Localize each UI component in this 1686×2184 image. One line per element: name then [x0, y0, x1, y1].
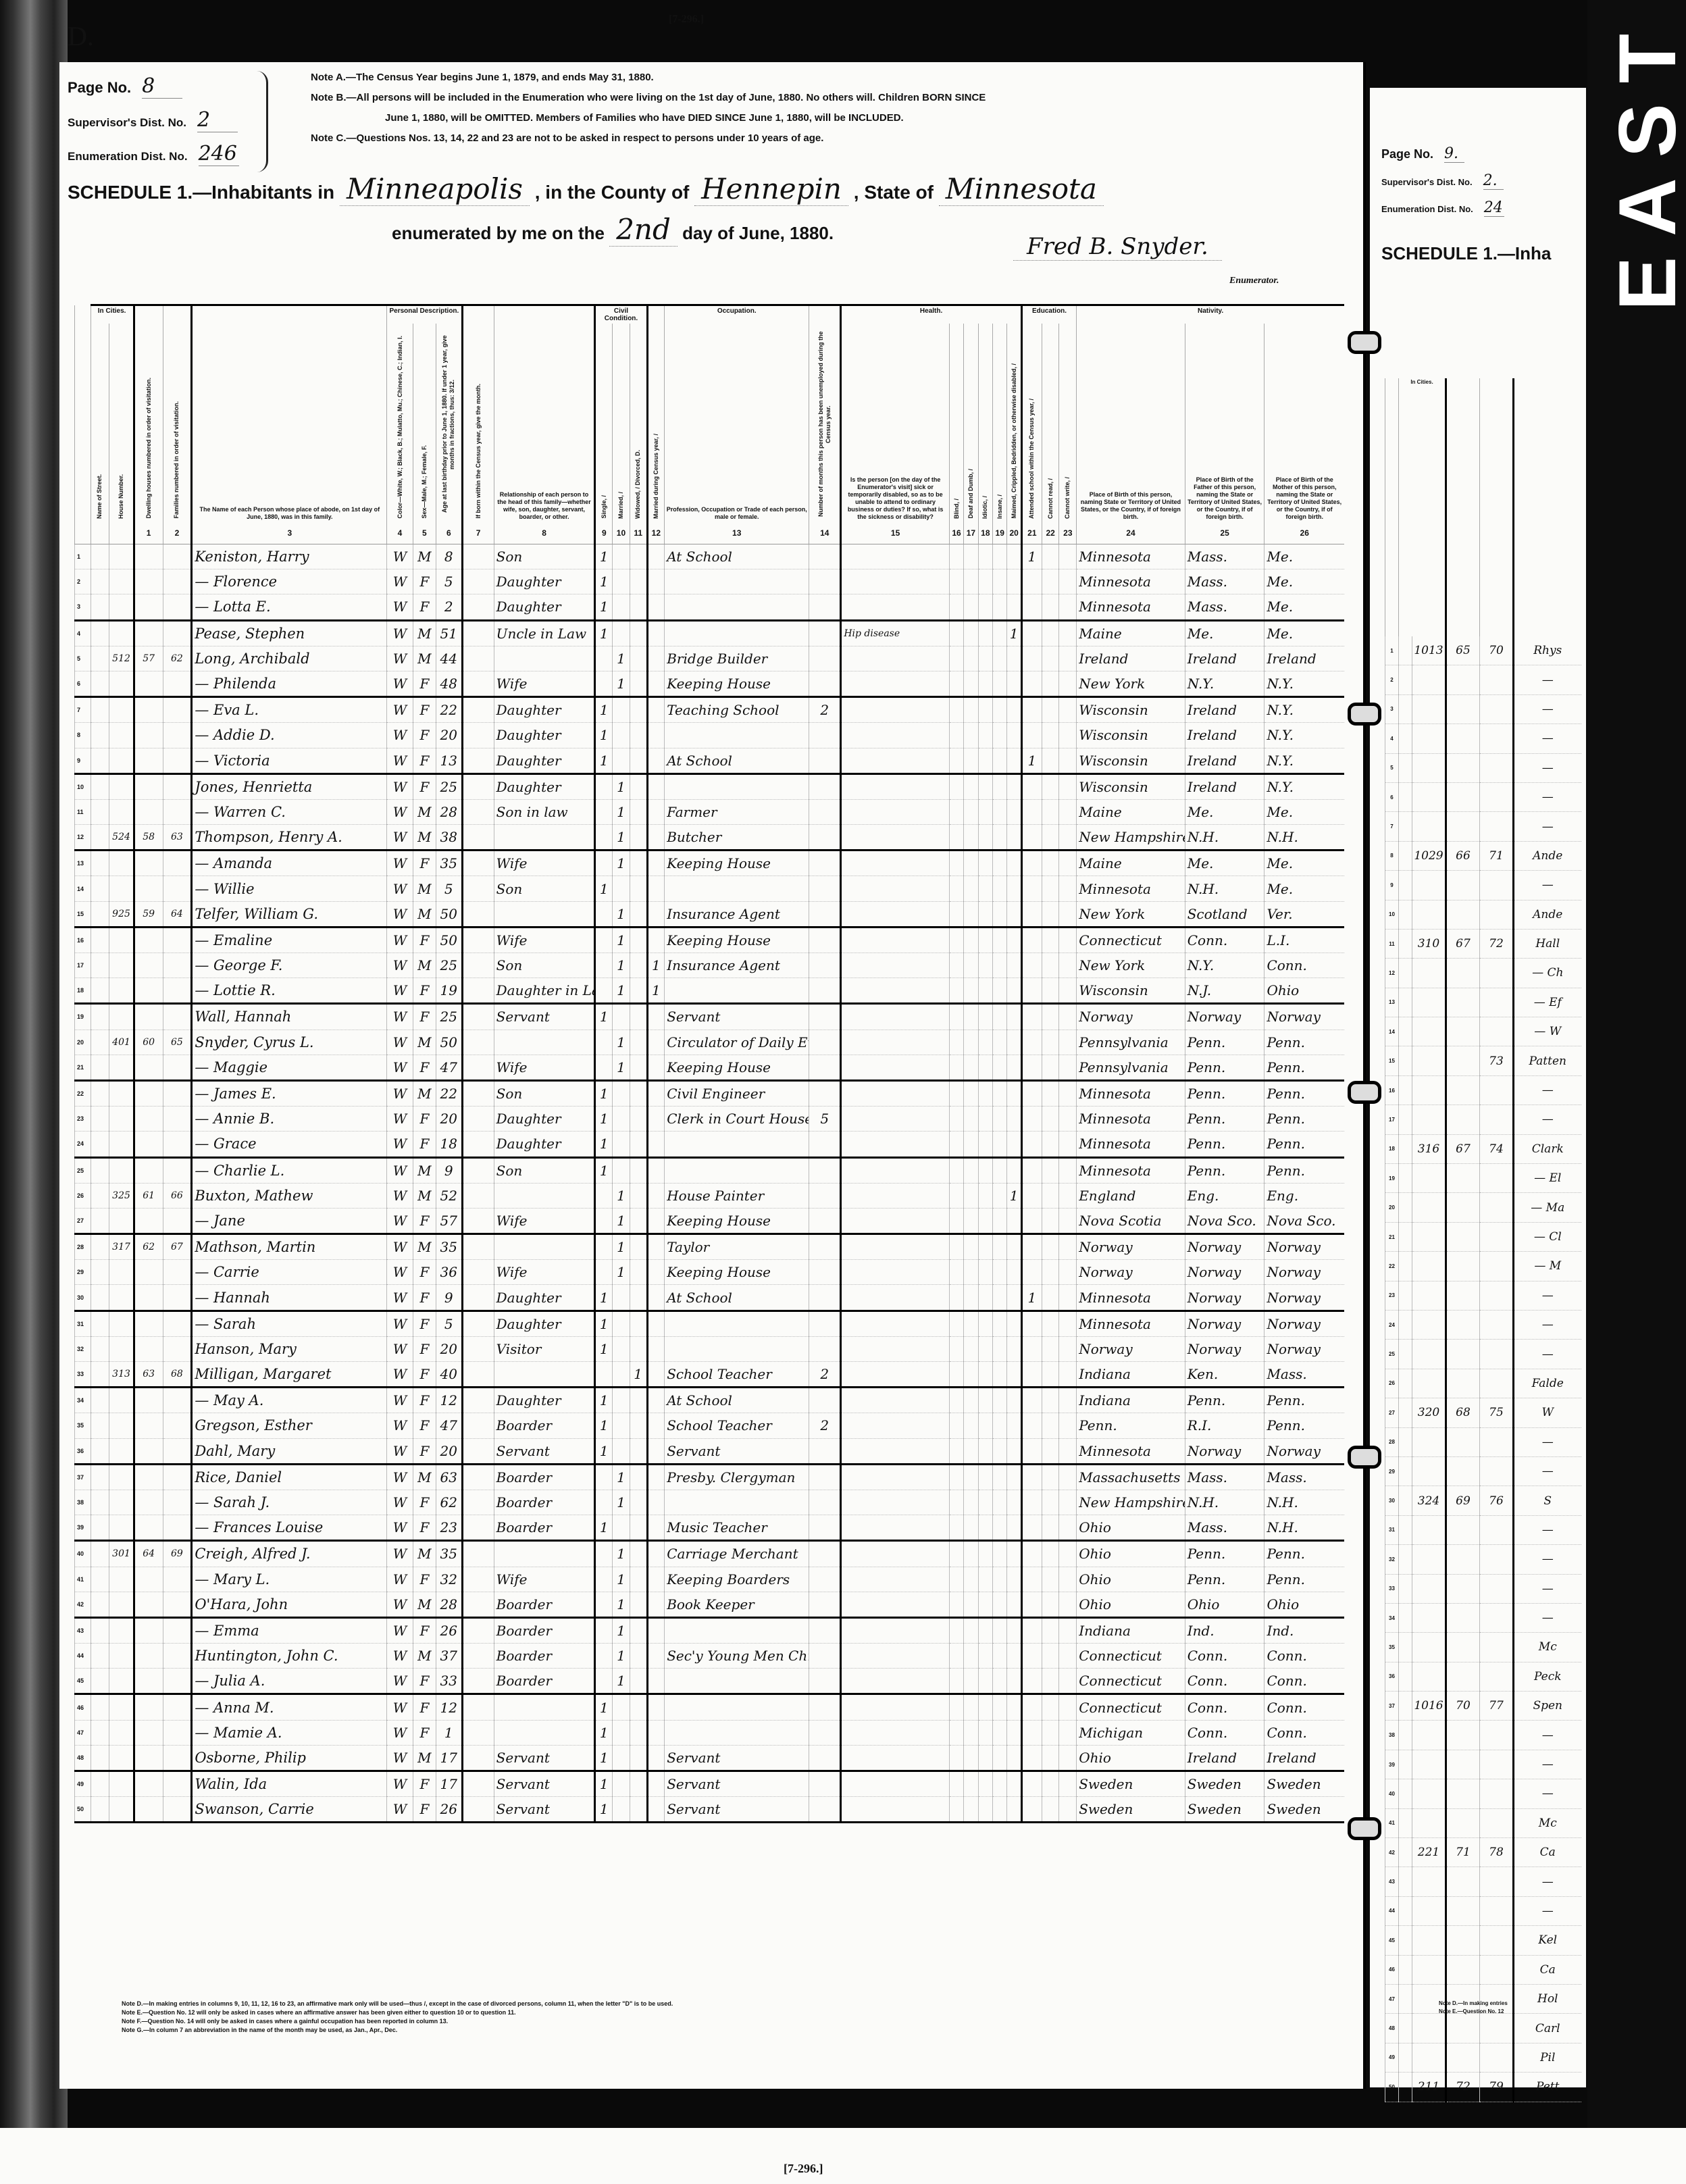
- cell-widowed: [630, 748, 647, 773]
- col-18-header: Idiotic, /: [981, 496, 989, 519]
- right-cell-line: 7: [1385, 812, 1399, 841]
- cell-cannot-write: [1059, 1745, 1077, 1771]
- table-row: 29— CarrieWF36Wife1Keeping HouseNorwayNo…: [75, 1260, 1345, 1285]
- right-cell-name: —: [1514, 1105, 1581, 1134]
- cell-house: 313: [109, 1362, 134, 1388]
- cell-married-year: [647, 1745, 665, 1771]
- cell-cannot-read: [1042, 978, 1059, 1004]
- cell-house: [109, 697, 134, 723]
- cell-relation: Servant: [494, 1771, 595, 1797]
- cell-mother-birthplace: Me.: [1264, 544, 1344, 569]
- cell-idiotic: [978, 1669, 992, 1694]
- cell-dwelling: 61: [134, 1183, 163, 1208]
- cell-idiotic: [978, 671, 992, 696]
- cell-insane: [993, 1183, 1007, 1208]
- cell-relation: Boarder: [494, 1515, 595, 1541]
- cell-married: [613, 876, 630, 901]
- cell-widowed: [630, 569, 647, 594]
- cell-father-birthplace: Norway: [1185, 1438, 1264, 1464]
- cell-occupation: Sec'y Young Men Christ'n Ass'n: [665, 1644, 809, 1669]
- cell-married: 1: [613, 1490, 630, 1515]
- cell-dwelling: [134, 1080, 163, 1106]
- table-row: 46— Anna M.WF121ConnecticutConn.Conn.: [75, 1694, 1345, 1720]
- cell-sickness: [841, 1720, 950, 1745]
- cell-street: [91, 1208, 109, 1234]
- cell-sickness: [841, 646, 950, 671]
- cell-unemployed: [809, 1720, 841, 1745]
- cell-sickness: [841, 1515, 950, 1541]
- cell-single: [595, 799, 613, 824]
- cell-line: 25: [75, 1157, 91, 1183]
- cell-color: W: [387, 723, 413, 748]
- cell-unemployed: [809, 850, 841, 876]
- right-cell-line: 49: [1385, 2043, 1399, 2072]
- right-cell-family: 77: [1480, 1692, 1514, 1721]
- cell-married: [613, 697, 630, 723]
- cell-married: [613, 1745, 630, 1771]
- cell-cannot-read: [1042, 1720, 1059, 1745]
- cell-unemployed: [809, 1438, 841, 1464]
- right-cell-family: [1480, 1867, 1514, 1896]
- right-cell-name: —: [1514, 1281, 1581, 1310]
- cell-name: Dahl, Mary: [192, 1438, 387, 1464]
- cell-mother-birthplace: Penn.: [1264, 1541, 1344, 1567]
- right-cell-house: [1412, 1164, 1446, 1193]
- right-table-row: 19— El: [1385, 1164, 1581, 1193]
- right-cell-family: [1480, 1926, 1514, 1955]
- cell-relation: Daughter: [494, 569, 595, 594]
- cell-sickness: [841, 1464, 950, 1490]
- cell-birthplace: Minnesota: [1077, 594, 1185, 620]
- right-cell-dwelling: [1446, 753, 1480, 782]
- cell-relation: Son in law: [494, 799, 595, 824]
- right-table-row: 1573Patten: [1385, 1046, 1581, 1075]
- cell-month: [462, 1285, 494, 1311]
- cell-age: 23: [436, 1515, 463, 1541]
- cell-school: [1021, 1004, 1042, 1030]
- cell-birthplace: Minnesota: [1077, 1438, 1185, 1464]
- cell-single: [595, 1617, 613, 1643]
- right-page-meta: Page No.9. Supervisor's Dist. No.2. Enum…: [1381, 145, 1504, 226]
- cell-family: [163, 1669, 192, 1694]
- cell-school: [1021, 1157, 1042, 1183]
- cell-age: 19: [436, 978, 463, 1004]
- right-cell-street: [1399, 1486, 1412, 1515]
- cell-occupation: [665, 1336, 809, 1361]
- cell-maimed: [1007, 1285, 1021, 1311]
- right-cell-house: [1412, 1222, 1446, 1251]
- cell-maimed: [1007, 1234, 1021, 1260]
- cell-unemployed: [809, 1004, 841, 1030]
- cell-widowed: [630, 1490, 647, 1515]
- cell-unemployed: [809, 1132, 841, 1157]
- table-row: 403016469Creigh, Alfred J.WM351Carriage …: [75, 1541, 1345, 1567]
- cell-color: W: [387, 1285, 413, 1311]
- cell-cannot-write: [1059, 1592, 1077, 1617]
- right-cell-house: [1412, 2043, 1446, 2072]
- right-cell-dwelling: [1446, 1105, 1480, 1134]
- enumeration-date: enumerated by me on the 2nd day of June,…: [392, 213, 834, 246]
- cell-unemployed: [809, 620, 841, 646]
- cell-father-birthplace: N.H.: [1185, 1490, 1264, 1515]
- cell-maimed: [1007, 1438, 1021, 1464]
- cell-school: [1021, 1055, 1042, 1080]
- cell-deaf: [964, 1541, 978, 1567]
- cell-birthplace: Norway: [1077, 1336, 1185, 1361]
- right-cell-line: 27: [1385, 1398, 1399, 1427]
- cell-name: Osborne, Philip: [192, 1745, 387, 1771]
- cell-deaf: [964, 953, 978, 978]
- cell-relation: Daughter: [494, 1311, 595, 1336]
- cell-sickness: [841, 569, 950, 594]
- cell-relation: Wife: [494, 1208, 595, 1234]
- right-cell-family: [1480, 2043, 1514, 2072]
- cell-father-birthplace: Conn.: [1185, 927, 1264, 953]
- right-cell-house: 1029: [1412, 841, 1446, 870]
- cell-married-year: [647, 773, 665, 799]
- right-cell-dwelling: [1446, 900, 1480, 929]
- cell-widowed: [630, 1771, 647, 1797]
- cell-name: — Charlie L.: [192, 1157, 387, 1183]
- cell-insane: [993, 697, 1007, 723]
- right-cell-family: [1480, 1603, 1514, 1632]
- cell-line: 41: [75, 1567, 91, 1592]
- cell-school: [1021, 723, 1042, 748]
- table-row: 18— Lottie R.WF19Daughter in Law11Wiscon…: [75, 978, 1345, 1004]
- right-table-row: 9—: [1385, 871, 1581, 900]
- cell-married: 1: [613, 901, 630, 927]
- cell-deaf: [964, 1464, 978, 1490]
- right-table-row: 12— Ch: [1385, 959, 1581, 988]
- cell-blind: [949, 1080, 963, 1106]
- right-cell-line: 15: [1385, 1046, 1399, 1075]
- cell-married: 1: [613, 953, 630, 978]
- cell-name: — Lotta E.: [192, 594, 387, 620]
- table-row: 21— MaggieWF47Wife1Keeping HousePennsylv…: [75, 1055, 1345, 1080]
- table-row: 204016065Snyder, Cyrus L.WM501Circulator…: [75, 1030, 1345, 1055]
- cell-street: [91, 773, 109, 799]
- cell-age: 33: [436, 1669, 463, 1694]
- cell-father-birthplace: Ind.: [1185, 1617, 1264, 1643]
- cell-month: [462, 953, 494, 978]
- right-cell-family: [1480, 1075, 1514, 1104]
- right-cell-line: 18: [1385, 1134, 1399, 1163]
- cell-insane: [993, 1336, 1007, 1361]
- cell-occupation: Butcher: [665, 825, 809, 850]
- cell-dwelling: [134, 1694, 163, 1720]
- cell-family: [163, 1107, 192, 1132]
- cell-unemployed: [809, 1336, 841, 1361]
- right-cell-line: 25: [1385, 1340, 1399, 1369]
- header-group-row: In Cities. Personal Description. Civil C…: [75, 305, 1345, 324]
- cell-idiotic: [978, 825, 992, 850]
- cell-father-birthplace: Ireland: [1185, 748, 1264, 773]
- cell-insane: [993, 1388, 1007, 1413]
- cell-married-year: [647, 1055, 665, 1080]
- cell-occupation: Carriage Merchant: [665, 1541, 809, 1567]
- cell-month: [462, 876, 494, 901]
- right-cell-line: 22: [1385, 1252, 1399, 1281]
- cell-cannot-write: [1059, 1464, 1077, 1490]
- cell-father-birthplace: Penn.: [1185, 1055, 1264, 1080]
- cell-married: [613, 1413, 630, 1438]
- cell-dwelling: [134, 1490, 163, 1515]
- cell-sex: F: [413, 978, 436, 1004]
- cell-occupation: School Teacher: [665, 1413, 809, 1438]
- cell-married-year: [647, 1797, 665, 1823]
- enumerator-signature: Fred B. Snyder.: [1013, 233, 1222, 261]
- cell-name: — Lottie R.: [192, 978, 387, 1004]
- cell-mother-birthplace: Me.: [1264, 850, 1344, 876]
- right-cell-family: 73: [1480, 1046, 1514, 1075]
- cell-maimed: [1007, 1644, 1021, 1669]
- cell-line: 44: [75, 1644, 91, 1669]
- cell-single: 1: [595, 1388, 613, 1413]
- cell-maimed: [1007, 1797, 1021, 1823]
- cell-maimed: [1007, 671, 1021, 696]
- cell-mother-birthplace: Sweden: [1264, 1771, 1344, 1797]
- cell-deaf: [964, 569, 978, 594]
- cell-school: [1021, 569, 1042, 594]
- cell-mother-birthplace: Norway: [1264, 1004, 1344, 1030]
- cell-sex: F: [413, 594, 436, 620]
- cell-father-birthplace: Penn.: [1185, 1157, 1264, 1183]
- col-house-header: House Number.: [118, 474, 125, 519]
- cell-house: [109, 978, 134, 1004]
- cell-color: W: [387, 748, 413, 773]
- cell-name: Buxton, Mathew: [192, 1183, 387, 1208]
- cell-cannot-write: [1059, 1644, 1077, 1669]
- cell-dwelling: 57: [134, 646, 163, 671]
- cell-cannot-read: [1042, 850, 1059, 876]
- cell-deaf: [964, 748, 978, 773]
- right-cell-family: [1480, 1456, 1514, 1485]
- cell-house: [109, 799, 134, 824]
- cell-father-birthplace: Penn.: [1185, 1030, 1264, 1055]
- cell-month: [462, 1413, 494, 1438]
- cell-line: 36: [75, 1438, 91, 1464]
- cell-sickness: [841, 1413, 950, 1438]
- cell-color: W: [387, 1234, 413, 1260]
- cell-name: — Grace: [192, 1132, 387, 1157]
- cell-idiotic: [978, 1132, 992, 1157]
- right-table-row: 45Kel: [1385, 1926, 1581, 1955]
- cell-street: [91, 1720, 109, 1745]
- col-num: 9: [595, 522, 613, 544]
- cell-married: 1: [613, 671, 630, 696]
- right-cell-house: [1412, 1808, 1446, 1837]
- cell-street: [91, 544, 109, 569]
- cell-street: [91, 1490, 109, 1515]
- right-cell-dwelling: [1446, 1750, 1480, 1779]
- cell-name: — Emma: [192, 1617, 387, 1643]
- cell-relation: Son: [494, 953, 595, 978]
- cell-birthplace: Minnesota: [1077, 1107, 1185, 1132]
- cell-family: [163, 1592, 192, 1617]
- right-cell-line: 46: [1385, 1955, 1399, 1984]
- cell-street: [91, 1362, 109, 1388]
- cell-school: [1021, 1464, 1042, 1490]
- cell-mother-birthplace: N.H.: [1264, 1515, 1344, 1541]
- cell-relation: Boarder: [494, 1644, 595, 1669]
- cell-name: — Willie: [192, 876, 387, 901]
- cell-house: [109, 1669, 134, 1694]
- cell-school: [1021, 1080, 1042, 1106]
- cell-maimed: [1007, 723, 1021, 748]
- cell-line: 23: [75, 1107, 91, 1132]
- right-cell-house: [1412, 1340, 1446, 1369]
- cell-color: W: [387, 978, 413, 1004]
- cell-color: W: [387, 1132, 413, 1157]
- cell-widowed: [630, 594, 647, 620]
- table-row: 47— Mamie A.WF11MichiganConn.Conn.: [75, 1720, 1345, 1745]
- cell-cannot-write: [1059, 1490, 1077, 1515]
- cell-house: [109, 1644, 134, 1669]
- cell-cannot-write: [1059, 1260, 1077, 1285]
- cell-maimed: [1007, 594, 1021, 620]
- right-cell-name: Ande: [1514, 900, 1581, 929]
- cell-cannot-read: [1042, 1132, 1059, 1157]
- right-cell-dwelling: [1446, 1075, 1480, 1104]
- cell-married-year: [647, 1413, 665, 1438]
- cell-relation: Boarder: [494, 1464, 595, 1490]
- cell-dwelling: [134, 569, 163, 594]
- cell-color: W: [387, 697, 413, 723]
- cell-married: 1: [613, 825, 630, 850]
- cell-widowed: [630, 1617, 647, 1643]
- cell-married-year: [647, 1311, 665, 1336]
- right-cell-line: 36: [1385, 1662, 1399, 1691]
- cell-name: Milligan, Margaret: [192, 1362, 387, 1388]
- right-cell-family: [1480, 1193, 1514, 1222]
- table-row: 34— May A.WF12Daughter1At SchoolIndianaP…: [75, 1388, 1345, 1413]
- cell-street: [91, 697, 109, 723]
- cell-blind: [949, 1515, 963, 1541]
- cell-married: 1: [613, 799, 630, 824]
- cell-idiotic: [978, 799, 992, 824]
- cell-age: 37: [436, 1644, 463, 1669]
- cell-sickness: [841, 1234, 950, 1260]
- cell-cannot-write: [1059, 569, 1077, 594]
- cell-sex: M: [413, 1183, 436, 1208]
- cell-married: 1: [613, 1644, 630, 1669]
- form-code: [7-296.]: [669, 14, 704, 26]
- right-cell-line: 20: [1385, 1193, 1399, 1222]
- cell-sex: F: [413, 697, 436, 723]
- cell-deaf: [964, 1030, 978, 1055]
- cell-father-birthplace: Mass.: [1185, 569, 1264, 594]
- cell-blind: [949, 953, 963, 978]
- right-cell-dwelling: [1446, 2043, 1480, 2072]
- cell-street: [91, 1592, 109, 1617]
- col-num: 12: [647, 522, 665, 544]
- cell-cannot-read: [1042, 1438, 1059, 1464]
- cell-father-birthplace: Eng.: [1185, 1183, 1264, 1208]
- cell-sex: F: [413, 1260, 436, 1285]
- right-cell-street: [1399, 1252, 1412, 1281]
- cell-married-year: [647, 1080, 665, 1106]
- cell-line: 21: [75, 1055, 91, 1080]
- right-cell-family: [1480, 1750, 1514, 1779]
- cell-married-year: [647, 1567, 665, 1592]
- right-cell-dwelling: [1446, 1867, 1480, 1896]
- cell-mother-birthplace: Penn.: [1264, 1080, 1344, 1106]
- right-cell-name: — Ma: [1514, 1193, 1581, 1222]
- cell-widowed: [630, 671, 647, 696]
- right-cell-street: [1399, 929, 1412, 958]
- cell-unemployed: [809, 1771, 841, 1797]
- cell-birthplace: Ohio: [1077, 1567, 1185, 1592]
- cell-deaf: [964, 697, 978, 723]
- right-cell-line: 13: [1385, 988, 1399, 1017]
- right-cell-family: [1480, 1633, 1514, 1662]
- cell-age: 28: [436, 1592, 463, 1617]
- table-row: 23— Annie B.WF20Daughter1Clerk in Court …: [75, 1107, 1345, 1132]
- cell-family: [163, 850, 192, 876]
- cell-married-year: [647, 1464, 665, 1490]
- right-cell-line: 8: [1385, 841, 1399, 870]
- cell-family: [163, 876, 192, 901]
- cell-line: 11: [75, 799, 91, 824]
- cell-school: [1021, 1362, 1042, 1388]
- right-table-row: 10Ande: [1385, 900, 1581, 929]
- right-table-row: 17—: [1385, 1105, 1581, 1134]
- cell-married-year: [647, 1004, 665, 1030]
- cell-deaf: [964, 1490, 978, 1515]
- right-cell-name: —: [1514, 694, 1581, 723]
- right-cell-name: — Cl: [1514, 1222, 1581, 1251]
- cell-occupation: [665, 1157, 809, 1183]
- cell-father-birthplace: N.Y.: [1185, 671, 1264, 696]
- cell-married-year: [647, 748, 665, 773]
- cell-unemployed: [809, 1464, 841, 1490]
- col-num: 3: [192, 522, 387, 544]
- cell-cannot-write: [1059, 1030, 1077, 1055]
- right-cell-house: 310: [1412, 929, 1446, 958]
- cell-age: 2: [436, 594, 463, 620]
- cell-cannot-write: [1059, 876, 1077, 901]
- cell-sickness: [841, 1132, 950, 1157]
- right-cell-name: —: [1514, 1427, 1581, 1456]
- cell-occupation: [665, 1669, 809, 1694]
- right-table-row: 113106772Hall: [1385, 929, 1581, 958]
- cell-occupation: Insurance Agent: [665, 953, 809, 978]
- cell-family: [163, 953, 192, 978]
- cell-birthplace: Minnesota: [1077, 1080, 1185, 1106]
- cell-family: [163, 1285, 192, 1311]
- cell-sickness: [841, 1541, 950, 1567]
- cell-relation: Daughter: [494, 748, 595, 773]
- cell-single: [595, 1644, 613, 1669]
- cell-street: [91, 953, 109, 978]
- cell-family: [163, 1004, 192, 1030]
- cell-month: [462, 1107, 494, 1132]
- cell-insane: [993, 1260, 1007, 1285]
- cell-idiotic: [978, 1055, 992, 1080]
- cell-single: [595, 825, 613, 850]
- cell-occupation: [665, 978, 809, 1004]
- cell-widowed: [630, 927, 647, 953]
- cell-single: 1: [595, 876, 613, 901]
- cell-mother-birthplace: Eng.: [1264, 1183, 1344, 1208]
- cell-maimed: [1007, 646, 1021, 671]
- cell-unemployed: [809, 544, 841, 569]
- cell-cannot-read: [1042, 671, 1059, 696]
- cell-family: [163, 1438, 192, 1464]
- cell-family: [163, 748, 192, 773]
- right-cell-street: [1399, 900, 1412, 929]
- cell-married-year: [647, 1644, 665, 1669]
